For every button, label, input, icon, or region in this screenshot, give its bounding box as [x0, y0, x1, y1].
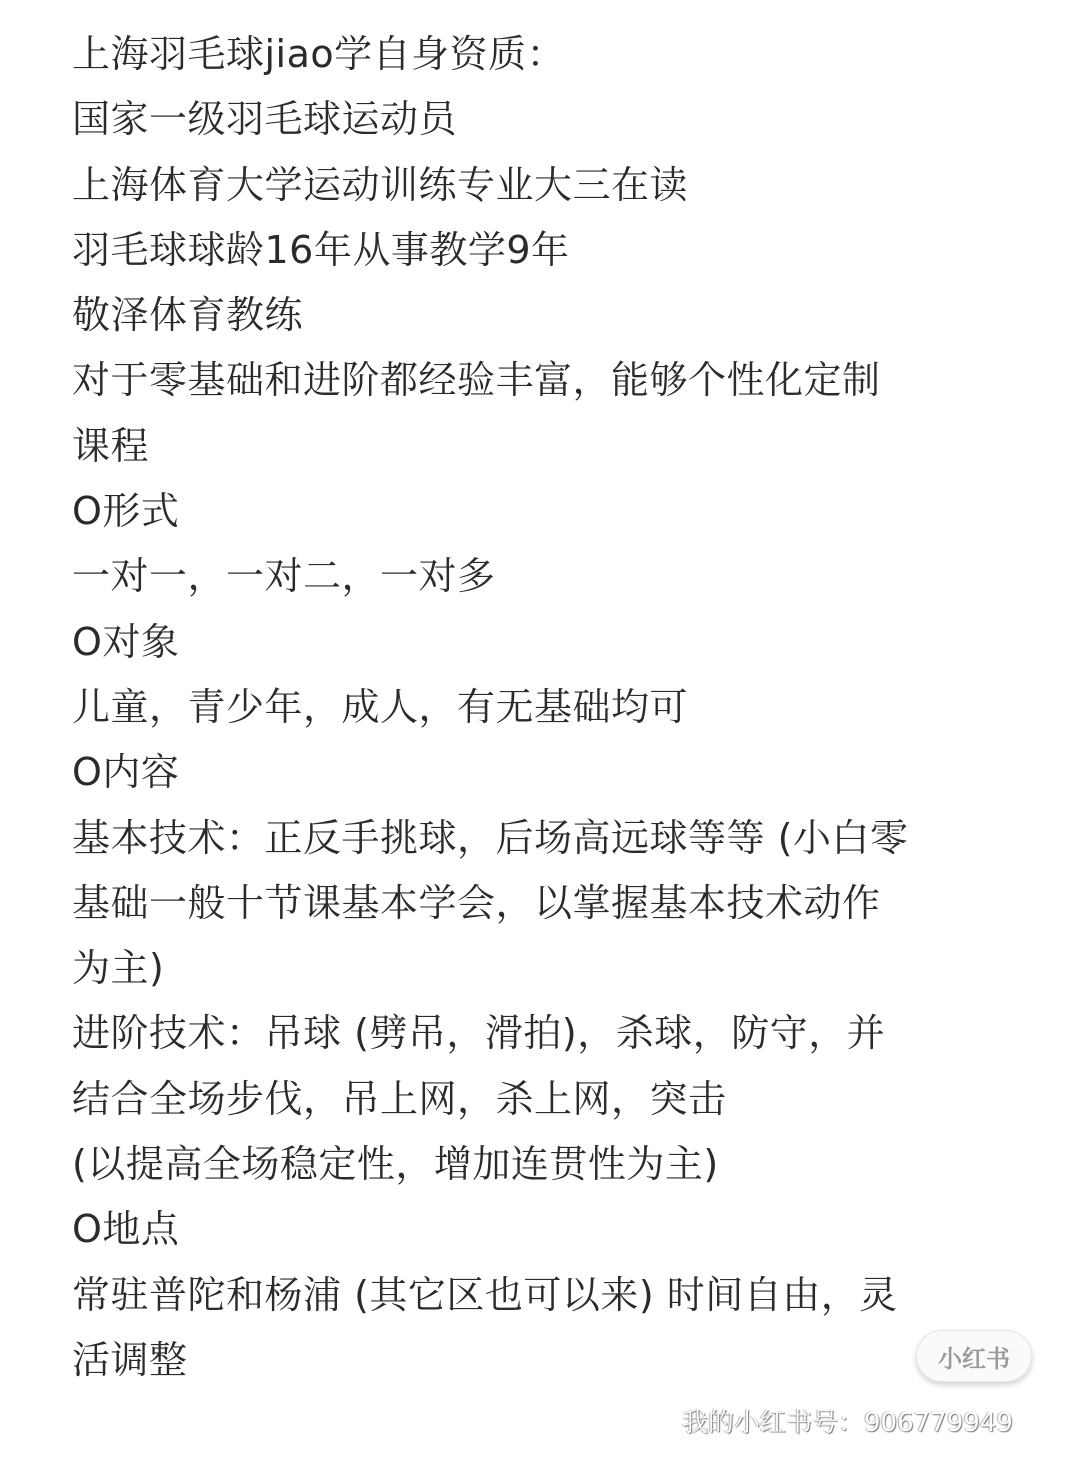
text-line: 对于零基础和进阶都经验丰富，能够个性化定制 — [72, 348, 1022, 413]
text-line: 羽毛球球龄16年从事教学9年 — [72, 218, 1022, 283]
text-line: 上海体育大学运动训练专业大三在读 — [72, 153, 1022, 218]
section-heading: O形式 — [72, 479, 1022, 544]
section-heading: O内容 — [72, 740, 1022, 805]
text-line: 敬泽体育教练 — [72, 283, 1022, 348]
text-line: 为主) — [72, 936, 1022, 1001]
text-line: 活调整 — [72, 1328, 1022, 1393]
text-line: (以提高全场稳定性，增加连贯性为主) — [72, 1132, 1022, 1197]
watermark-user-id: 我的小红书号：906779949 — [682, 1402, 1013, 1439]
text-line: 结合全场步伐，吊上网，杀上网，突击 — [72, 1067, 1022, 1132]
text-line: 常驻普陀和杨浦 (其它区也可以来) 时间自由，灵 — [72, 1263, 1022, 1328]
text-line: 进阶技术：吊球 (劈吊，滑拍)，杀球，防守，并 — [72, 1001, 1022, 1066]
text-line: 基础一般十节课基本学会，以掌握基本技术动作 — [72, 871, 1022, 936]
xiaohongshu-logo: 小红书 — [916, 1330, 1032, 1382]
document-body: 上海羽毛球jiao学自身资质： 国家一级羽毛球运动员 上海体育大学运动训练专业大… — [72, 22, 1022, 1393]
text-line: 一对一，一对二，一对多 — [72, 544, 1022, 609]
text-line: 国家一级羽毛球运动员 — [72, 87, 1022, 152]
section-heading: O对象 — [72, 610, 1022, 675]
text-line: 基本技术：正反手挑球，后场高远球等等 (小白零 — [72, 806, 1022, 871]
text-line: 儿童，青少年，成人，有无基础均可 — [72, 675, 1022, 740]
text-line: 上海羽毛球jiao学自身资质： — [72, 22, 1022, 87]
section-heading: O地点 — [72, 1197, 1022, 1262]
text-line: 课程 — [72, 414, 1022, 479]
